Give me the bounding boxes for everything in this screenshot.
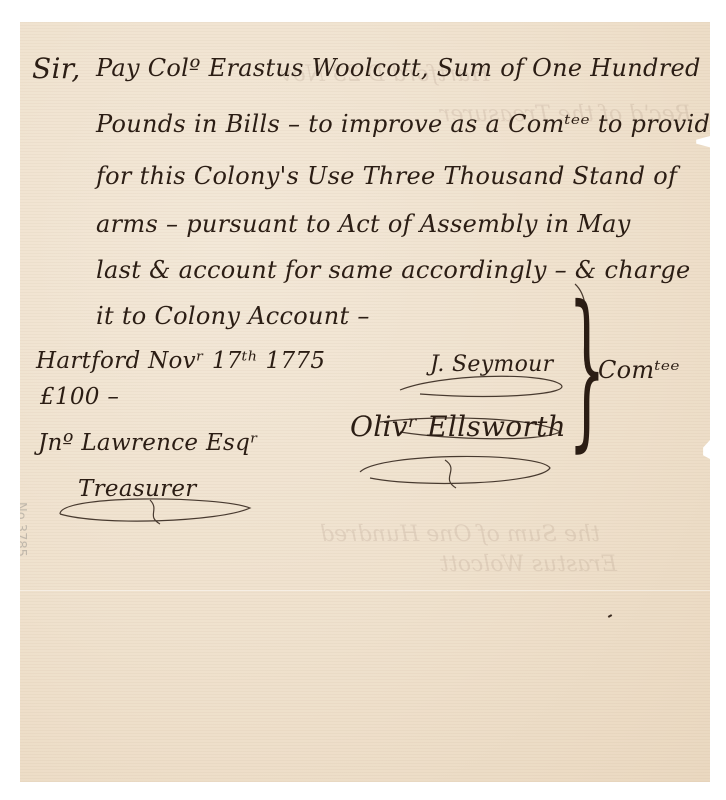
paper-fold-line [20,590,710,591]
bleed-through-text: the Sum of One Hundred [320,522,600,547]
document-paper: Hartford D 23 Nov Rec'd of the Treasurer… [20,22,710,782]
payee-title: Treasurer [78,476,197,502]
signature-ellsworth: Olivʳ Ellsworth [350,410,566,443]
margin-pencil-note: No 3785 [13,502,28,557]
bleed-through-text: Erastus Wolcott [440,552,617,577]
date-line: Hartford Novʳ 17ᵗʰ 1775 [36,348,325,374]
body-line: it to Colony Account – [96,302,370,330]
salutation: Sir, [32,52,81,85]
body-line: Pay Colº Erastus Woolcott, Sum of One Hu… [96,54,701,82]
payee-name: Jnº Lawrence Esqʳ [38,430,258,456]
body-line: for this Colony's Use Three Thousand Sta… [96,162,677,190]
committee-label: Comᵗᵉᵉ [598,356,680,384]
body-line: arms – pursuant to Act of Assembly in Ma… [96,210,631,238]
body-line: Pounds in Bills – to improve as a Comᵗᵉᵉ… [96,110,725,138]
amount: £100 – [40,384,119,410]
ink-speck [608,614,612,618]
signature-seymour: J. Seymour [430,352,553,377]
